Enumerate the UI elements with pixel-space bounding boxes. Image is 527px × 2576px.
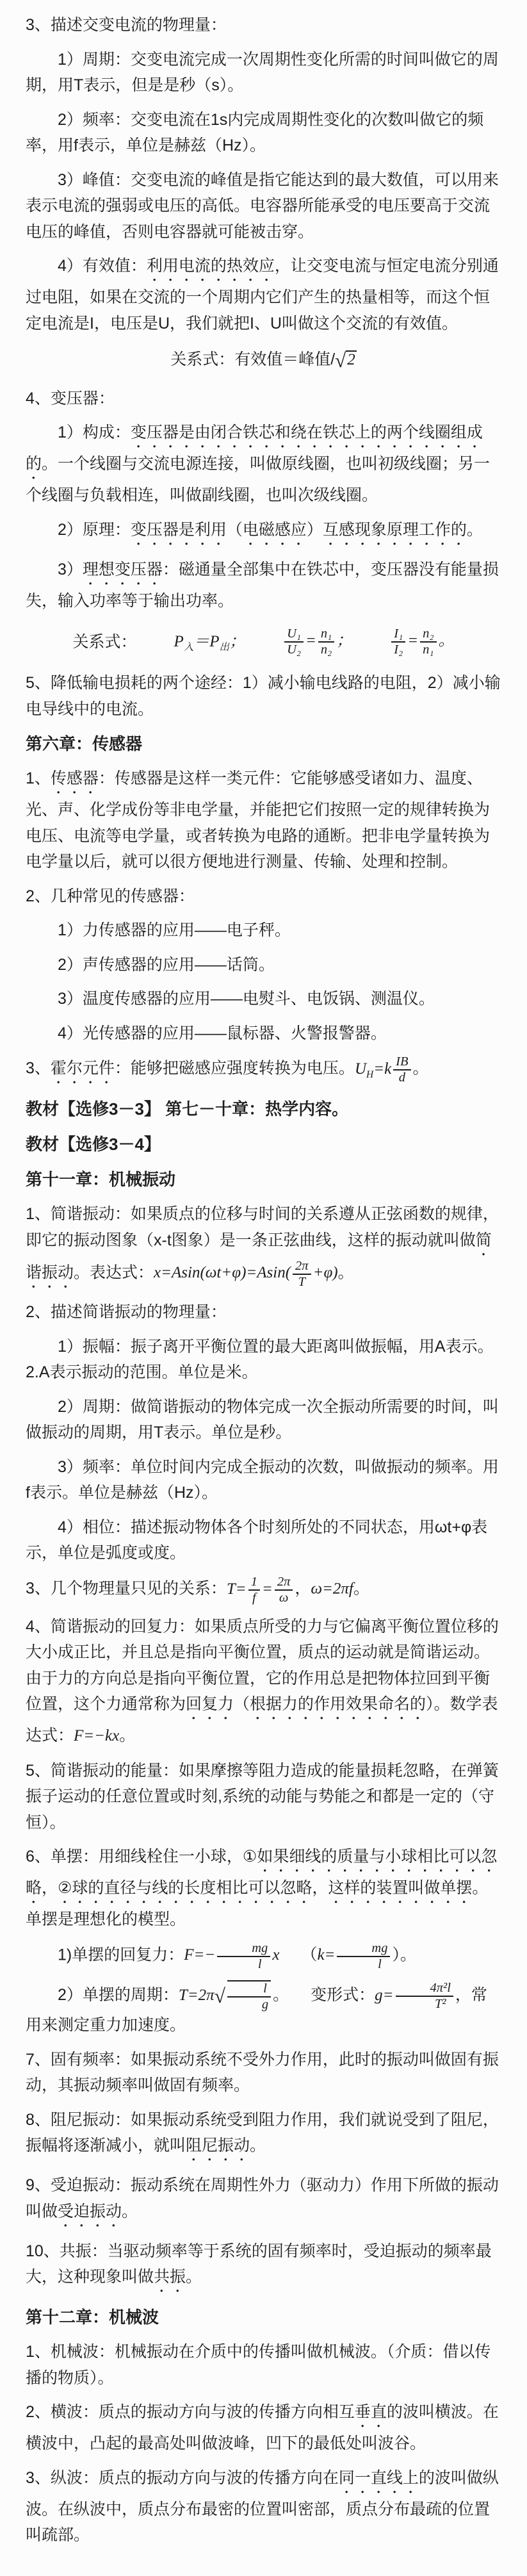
seg: 。 [338, 1263, 354, 1281]
emphasized-term: 变压器是利用（电磁感应）互感现象原理工作的 [131, 521, 467, 539]
para-ac-peak: 3）峰值：交变电流的峰值是指它能达到的最大数值，可以用来表示电流的强弱或电压的高… [26, 167, 501, 245]
heading-chapter-6-sensors: 第六章：传感器 [26, 730, 501, 757]
frac-num: mg [217, 1941, 270, 1957]
fraction: 2πT [293, 1259, 311, 1290]
seg: = [262, 1580, 273, 1598]
para-natural-frequency: 7、固有频率：如果振动系统不受外力作用，此时的振动叫做固有振动，其振动频率叫做固… [26, 2047, 501, 2099]
emphasized-term: 霍尔元件 [51, 1060, 115, 1078]
para-transformer-principle: 2）原理：变压器是利用（电磁感应）互感现象原理工作的。 [26, 517, 501, 548]
seg: 10、共振：当驱动频率等于系统的固有频率时，受迫振动的频率最大，这种现象叫做 [26, 2242, 492, 2286]
equation-power: P入＝P出； [174, 629, 245, 655]
para-transmission-loss: 5、降低输电损耗的两个途经：1）减小输电线路的电阻，2）减小输电导线中的电流。 [26, 670, 501, 722]
para-longitudinal-wave: 3、纵波：质点的振动方向与波的传播方向在同一直线上的波叫做纵波。在纵波中，质点分… [26, 2465, 501, 2548]
para-hall-element: 3、霍尔元件：能够把磁感应强度转换为电压。UH=kIBd。 [26, 1054, 501, 1087]
emphasized-term: 垂直 [355, 2403, 387, 2421]
fraction: IBd [393, 1054, 410, 1085]
frac-num: 1 [248, 1575, 260, 1591]
seg: 。一个线圈与交流电源连接，叫做原线圈，也叫初级线圈；另一个线圈与负载相连，叫做副… [26, 455, 490, 504]
para-ac-frequency: 2）频率：交变电流在1s内完成周期性变化的次数叫做它的频率，用f表示，单位是赫兹… [26, 107, 501, 159]
para-sensor-light: 4）光传感器的应用——鼠标器、火警报警器。 [26, 1021, 501, 1047]
frac-num: n₂ [420, 627, 436, 643]
seg: T=2π [179, 1987, 215, 2004]
frac-den: g [227, 1998, 271, 2012]
emphasized-term: 传感器 [51, 769, 99, 787]
equation-pendulum-period: T=2π√lg [179, 1987, 273, 2004]
para-sensor-sound: 2）声传感器的应用——话筒。 [26, 952, 501, 978]
frac-num: mg [337, 1941, 390, 1957]
seg: 1、 [26, 769, 51, 787]
equation-hooke: F=−kx [74, 1727, 119, 1744]
formula-transformer-relations: 关系式： P入＝P出； U₁U₂=n₁n₂； I₁I₂=n₂n₁。 [26, 627, 501, 657]
radical-sign: √ [215, 1985, 225, 2007]
emphasized-term: 阻尼振动 [186, 2137, 250, 2154]
para-pendulum-definition: 6、单摆：用细线栓住一小球，①如果细线的质量与小球相比可以忽略，②球的直径与线的… [26, 1844, 501, 1933]
para-quantity-relations: 3、几个物理量只见的关系：T=1f=2πω，ω=2πf。 [26, 1575, 501, 1605]
seg: 6、单摆：用细线栓住一小球，① [26, 1848, 257, 1866]
seg: 2、横波：质点的振动方向与波的传播方向相互 [26, 2403, 355, 2421]
para-ac-quantities-title: 3、描述交变电流的物理量： [26, 12, 501, 38]
subscript: H [366, 1069, 373, 1080]
seg: 1、简谐振动：如果质点的位移与时间的关系遵从正弦函数的规律，即它的振动图象（x-… [26, 1205, 499, 1249]
para-pendulum-period: 2）单摆的周期：T=2π√lg。变形式：g=4π²lT²，常用来测定重力加速度。 [26, 1980, 501, 2039]
seg: = [407, 632, 418, 650]
frac-num: I₁ [391, 627, 405, 643]
formula-label: 关系式： [72, 629, 136, 655]
frac-den: n₂ [318, 643, 334, 657]
seg: 关系式：有效值＝峰值/ [170, 350, 335, 368]
heading-chapter-11-vibration: 第十一章：机械振动 [26, 1166, 501, 1193]
para-shm-frequency: 3）频率：单位时间内完成全振动的次数，叫做振动的频率。用f表示。单位是赫兹（Hz… [26, 1454, 501, 1506]
seg: F=− [184, 1946, 215, 1964]
para-forced-vibration: 9、受迫振动：振动系统在周期性外力（驱动力）作用下所做的振动叫做受迫振动。 [26, 2172, 501, 2230]
para-resonance: 10、共振：当驱动频率等于系统的固有频率时，受迫振动的频率最大，这种现象叫做共振… [26, 2238, 501, 2296]
para-shm-energy: 5、简谐振动的能量：如果摩擦等阻力造成的能量损耗忽略，在弹簧振子运动的任意位置或… [26, 1758, 501, 1836]
para-common-sensors-title: 2、几种常见的传感器： [26, 883, 501, 910]
seg: g= [375, 1987, 393, 2004]
fraction: I₁I₂ [391, 627, 405, 657]
seg: x [272, 1946, 279, 1964]
fraction: 2πω [275, 1575, 293, 1605]
radical-sign: √ [335, 349, 346, 372]
seg: P [174, 633, 183, 650]
fraction: lg [227, 1980, 271, 2012]
equation-hall-voltage: UH=kIBd [355, 1060, 413, 1078]
subscript: 出 [220, 642, 230, 653]
heading-textbook-3-4: 教材【选修3－4】 [26, 1131, 501, 1158]
seg: +φ) [313, 1264, 338, 1281]
para-transformer-build: 1）构成：变压器是由闭合铁芯和绕在铁芯上的两个线圈组成的。一个线圈与交流电源连接… [26, 420, 501, 509]
frac-den: U₂ [284, 643, 304, 657]
para-transverse-wave: 2、横波：质点的振动方向与波的传播方向相互垂直的波叫横波。在横波中，凸起的最高处… [26, 2399, 501, 2457]
seg: 3） [58, 561, 83, 578]
para-transformer-ideal: 3）理想变压器：磁通量全部集中在铁芯中，变压器没有能量损失，输入功率等于输出功率… [26, 557, 501, 614]
seg: 4）有效值： [58, 257, 147, 275]
equation-voltage-turns: U₁U₂=n₁n₂； [282, 627, 352, 657]
seg: 1)单摆的回复力： [58, 1946, 184, 1964]
fraction: n₂n₁ [420, 627, 436, 657]
seg: ， [455, 1986, 471, 2004]
seg: 。 [119, 1727, 135, 1744]
para-shm-quantities-title: 2、描述简谐振动的物理量： [26, 1299, 501, 1325]
para-shm-definition: 1、简谐振动：如果质点的位移与时间的关系遵从正弦函数的规律，即它的振动图象（x-… [26, 1201, 501, 1291]
para-mechanical-wave: 1、机械波：机械振动在介质中的传播叫做机械波。（介质：借以传播的物质）。 [26, 2339, 501, 2391]
seg: T= [227, 1580, 247, 1598]
seg: 。 [439, 632, 455, 650]
para-damped-vibration: 8、阻尼振动：如果振动系统受到阻力作用，我们就说受到了阻尼，振幅将逐渐减小，就叫… [26, 2107, 501, 2165]
equation-omega: ω=2πf [311, 1580, 353, 1598]
frac-den: n₁ [420, 643, 436, 657]
fraction: 4π²lT² [396, 1981, 453, 2012]
frac-den: ω [275, 1591, 293, 1605]
para-transformer-title: 4、变压器： [26, 386, 501, 412]
para-sensor-temperature: 3）温度传感器的应用——电熨斗、电饭锅、测温仪。 [26, 986, 501, 1012]
seg: 。 [186, 2268, 202, 2286]
emphasized-term: 回复力（根据力的作用效果命名的） [186, 1695, 434, 1713]
emphasized-term: 共振 [154, 2268, 186, 2286]
seg: 3、几个物理量只见的关系： [26, 1580, 227, 1598]
seg: =k [373, 1060, 391, 1078]
seg: 3、纵波：质点的振动方向与波的传播方向在 [26, 2469, 339, 2487]
fraction: 1f [248, 1575, 260, 1605]
frac-num: 2π [293, 1259, 311, 1275]
seg: 2）单摆的周期： [58, 1986, 179, 2004]
seg: 。 [353, 1580, 369, 1598]
seg: （ [301, 1946, 317, 1964]
subscript: 入 [184, 642, 194, 653]
frac-den: T² [396, 1997, 453, 2012]
seg: 变形式： [311, 1986, 375, 2004]
frac-den: I₂ [391, 643, 405, 657]
frac-den: l [337, 1957, 390, 1972]
math-sqrt2: √2 [335, 351, 357, 368]
seg: ； [229, 633, 245, 650]
frac-den: f [248, 1591, 260, 1605]
radicand: 2 [346, 350, 357, 368]
para-pendulum-force: 1)单摆的回复力：F=−mglx（k=mgl）。 [26, 1941, 501, 1972]
heading-textbook-3-3: 教材【选修3－3】 第七－十章：热学内容。 [26, 1095, 501, 1122]
para-shm-amplitude: 1）振幅：振子离开平衡位置的最大距离叫做振幅，用A表示。2.A表示振动的范围。单… [26, 1334, 501, 1386]
frac-den: d [393, 1071, 410, 1085]
equation-period-frequency: T=1f=2πω [227, 1580, 295, 1598]
equation-current-turns: I₁I₂=n₂n₁。 [389, 627, 454, 657]
emphasized-term: 理想变压器 [83, 561, 163, 578]
seg: 。 [273, 1986, 289, 2004]
para-shm-phase: 4）相位：描述振动物体各个时刻所处的不同状态，用ωt+φ表示，单位是弧度或度。 [26, 1514, 501, 1566]
fraction: mgl [337, 1941, 390, 1972]
seg: x=Asin(ωt+φ)=Asin( [154, 1264, 291, 1281]
seg: 。 [413, 1060, 429, 1078]
equation-pendulum-k: k=mgl [317, 1946, 392, 1964]
seg: 。表达式： [74, 1263, 154, 1281]
seg: ）。 [392, 1946, 416, 1964]
fraction: mgl [217, 1941, 270, 1972]
para-shm-period: 2）周期：做简谐振动的物体完成一次全振动所需要的时间，叫做振动的周期，用T表示。… [26, 1394, 501, 1446]
para-sensor-definition: 1、传感器：传感器是这样一类元件：它能够感受诸如力、温度、光、声、化学成份等非电… [26, 766, 501, 875]
seg: ：能够把磁感应强度转换为电压。 [115, 1060, 355, 1078]
para-ac-rms: 4）有效值：利用电流的热效应，让交变电流与恒定电流分别通过电阻，如果在交流的一个… [26, 253, 501, 336]
seg: 。 [250, 2137, 266, 2154]
frac-num: U₁ [284, 627, 304, 643]
frac-num: 2π [275, 1575, 293, 1591]
fraction: n₁n₂ [318, 627, 334, 657]
seg: 。 [122, 2203, 138, 2220]
seg: U [355, 1060, 366, 1078]
physics-notes-page: 3、描述交变电流的物理量： 1）周期：交变电流完成一次周期性变化所需的时间叫做它… [0, 0, 527, 2576]
frac-num: n₁ [318, 627, 334, 643]
seg: ； [336, 632, 352, 650]
frac-den: T [293, 1275, 311, 1290]
frac-num: IB [393, 1054, 410, 1071]
frac-num: 4π²l [396, 1981, 453, 1997]
seg: ， [295, 1580, 311, 1598]
formula-rms: 关系式：有效值＝峰值/√2 [26, 345, 501, 377]
seg: = [305, 632, 316, 650]
equation-pendulum-force: F=−mglx [184, 1946, 279, 1964]
seg: k= [317, 1946, 335, 1964]
emphasized-term: 同一直线上 [339, 2469, 419, 2487]
seg: ＝P [193, 633, 219, 650]
fraction: U₁U₂ [284, 627, 304, 657]
seg: 2）原理： [58, 521, 131, 539]
frac-num: l [227, 1981, 271, 1998]
emphasized-term: 利用电流的热效应 [147, 257, 275, 275]
para-restoring-force: 4、简谐振动的回复力：如果质点所受的力与它偏离平衡位置位移的大小成正比，并且总是… [26, 1614, 501, 1750]
equation-shm: x=Asin(ωt+φ)=Asin(2πT+φ) [154, 1264, 338, 1281]
seg: 3、 [26, 1060, 51, 1078]
equation-gravity: g=4π²lT² [375, 1987, 455, 2004]
para-ac-period: 1）周期：交变电流完成一次周期性变化所需的时间叫做它的周期，用T表示，但是是秒（… [26, 47, 501, 99]
heading-chapter-12-waves: 第十二章：机械波 [26, 2304, 501, 2331]
frac-den: l [217, 1957, 270, 1972]
para-sensor-force: 1）力传感器的应用——电子秤。 [26, 917, 501, 944]
emphasized-term: 受迫振动 [58, 2203, 122, 2220]
seg: 1）构成： [58, 423, 131, 441]
seg: 。 [467, 521, 483, 539]
